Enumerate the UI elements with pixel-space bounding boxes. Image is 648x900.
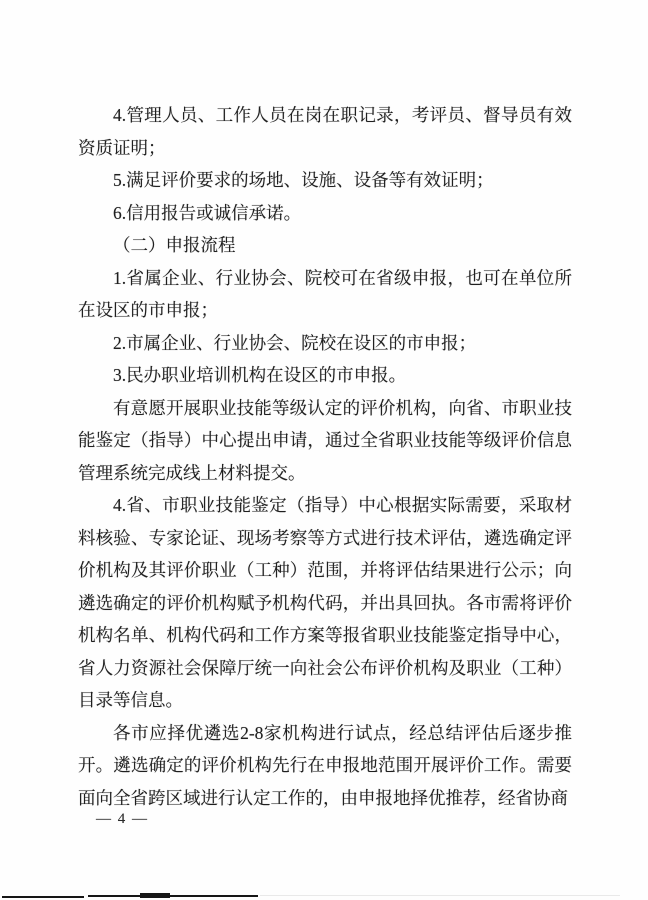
scan-artifact-line (140, 893, 170, 898)
paragraph: 各市应择优遴选2-8家机构进行试点，经总结评估后逐步推开。遴选确定的评价机构先行… (78, 717, 572, 815)
paragraph: 6.信用报告或诚信承诺。 (78, 197, 572, 230)
scan-artifact-line (88, 895, 140, 897)
paragraph: 3.民办职业培训机构在设区的市申报。 (78, 359, 572, 392)
paragraph: 4.省、市职业技能鉴定（指导）中心根据实际需要，采取材料核验、专家论证、现场考察… (78, 489, 572, 717)
paragraph: 1.省属企业、行业协会、院校可在省级申报，也可在单位所在设区的市申报； (78, 262, 572, 327)
scan-artifact-line (2, 896, 84, 898)
paragraph: （二）申报流程 (78, 229, 572, 262)
document-page: 4.管理人员、工作人员在岗在职记录，考评员、督导员有效资质证明；5.满足评价要求… (0, 0, 648, 900)
scan-artifact-line (260, 895, 620, 896)
paragraph: 4.管理人员、工作人员在岗在职记录，考评员、督导员有效资质证明； (78, 99, 572, 164)
paragraph: 2.市属企业、行业协会、院校在设区的市申报； (78, 327, 572, 360)
paragraph: 5.满足评价要求的场地、设施、设备等有效证明； (78, 164, 572, 197)
document-body: 4.管理人员、工作人员在岗在职记录，考评员、督导员有效资质证明；5.满足评价要求… (78, 99, 572, 814)
paragraph: 有意愿开展职业技能等级认定的评价机构，向省、市职业技能鉴定（指导）中心提出申请，… (78, 392, 572, 490)
page-number: — 4 — (96, 811, 149, 828)
scan-artifact-line (170, 895, 258, 897)
